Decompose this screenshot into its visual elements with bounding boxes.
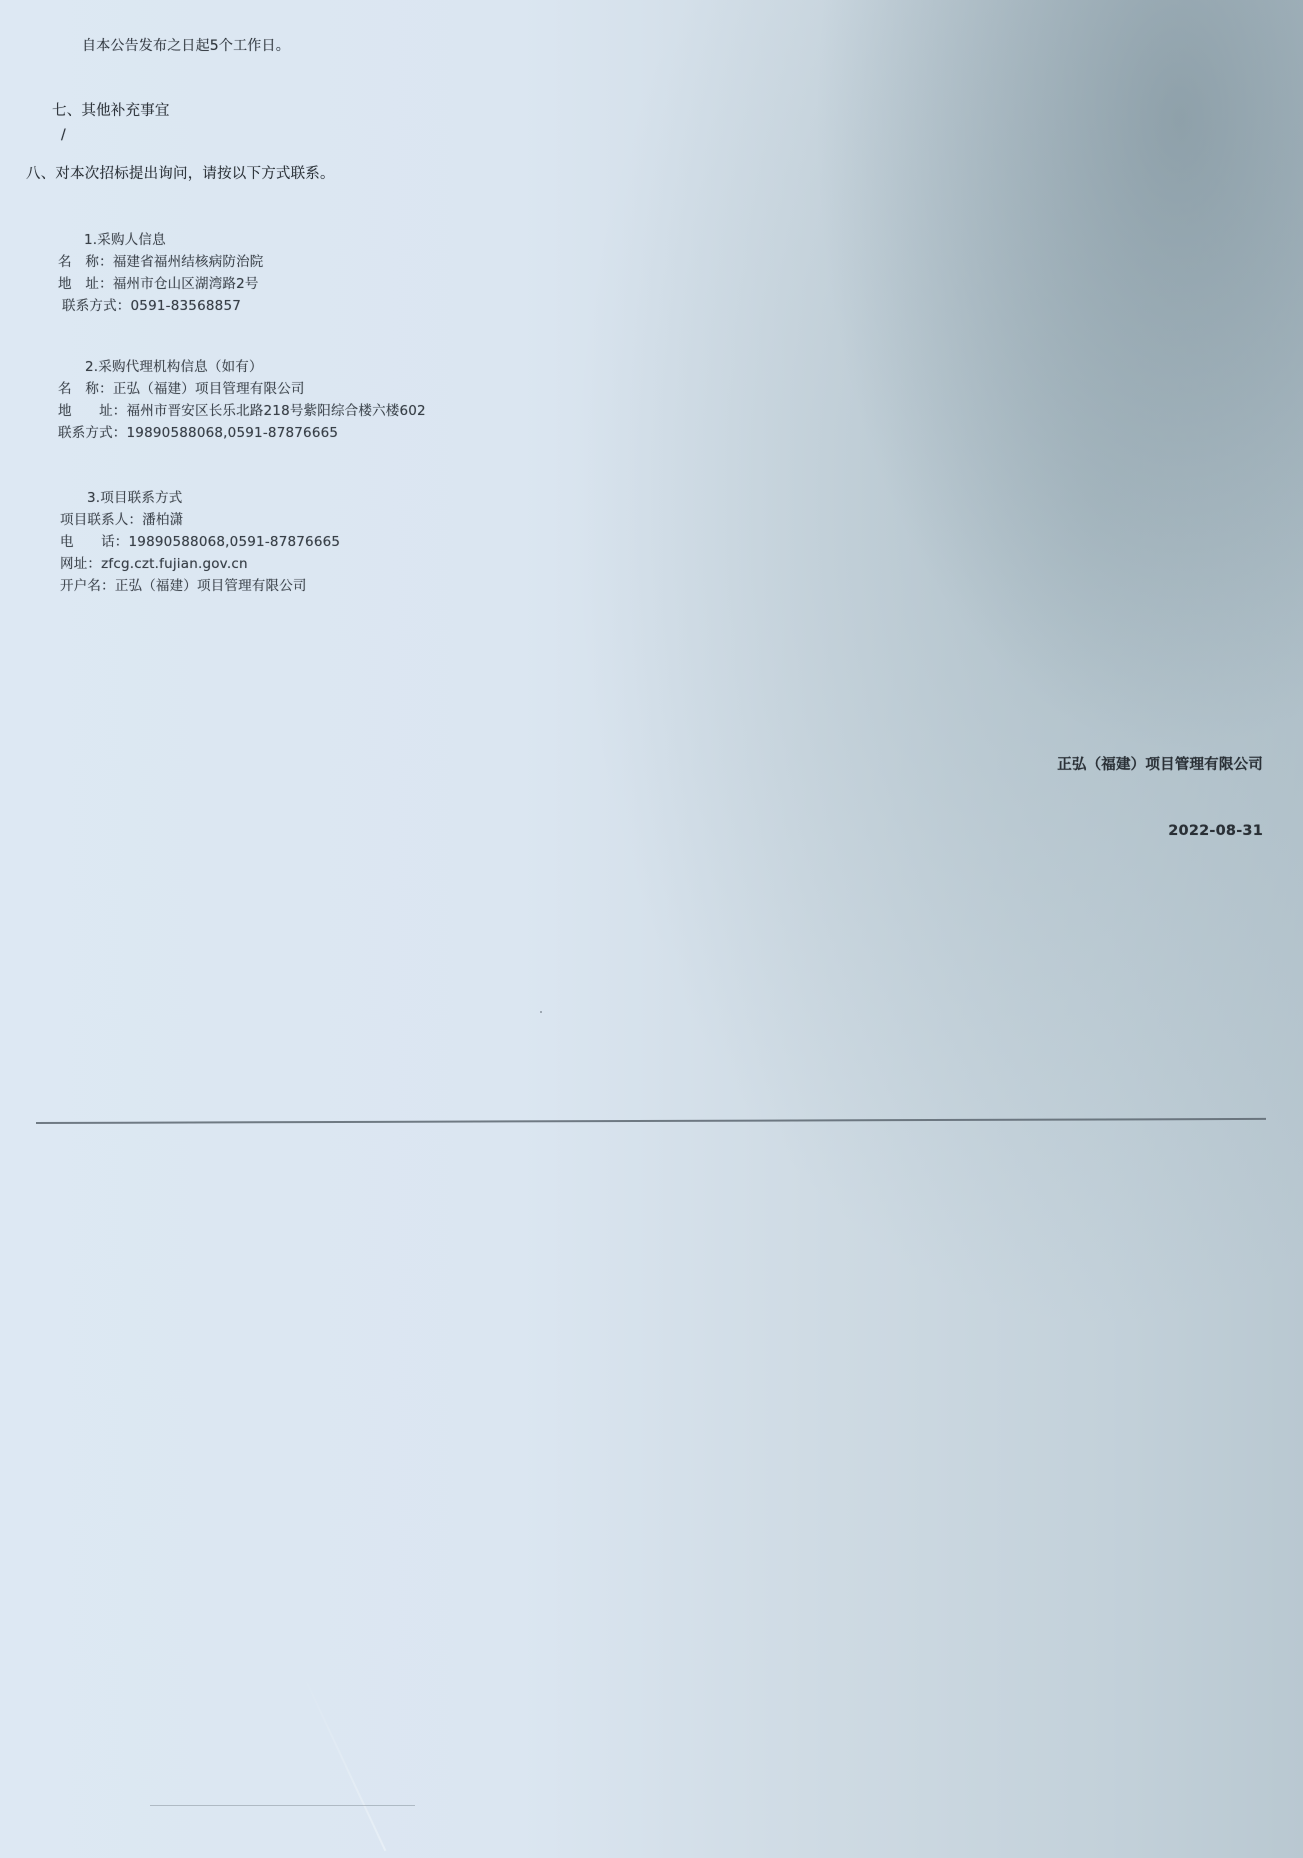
ink-speck [540,1011,542,1013]
agency-name-label: 名 称： [58,380,113,398]
section-7-content: / [61,126,66,144]
agency-contact-value: 19890588068,0591-87876665 [127,425,339,441]
agency-address-value: 福州市晋安区长乐北路218号紫阳综合楼六楼602 [127,403,426,419]
project-contact-person-label: 项目联系人： [60,511,142,529]
agency-title: 2.采购代理机构信息（如有） [85,358,263,376]
purchaser-name-value: 福建省福州结核病防治院 [113,254,264,270]
purchaser-address-value: 福州市仓山区湖湾路2号 [113,276,259,292]
project-contact-person: 项目联系人：潘柏潇 [60,511,183,529]
purchaser-name-label: 名 称： [58,253,113,271]
agency-contact-label: 联系方式： [58,424,127,442]
project-contact-phone-value: 19890588068,0591-87876665 [129,534,341,550]
agency-name: 名 称：正弘（福建）项目管理有限公司 [58,380,305,398]
agency-address: 地 址：福州市晋安区长乐北路218号紫阳综合楼六楼602 [58,402,426,420]
project-contact-phone-label: 电 话： [60,533,129,551]
purchaser-address-label: 地 址： [58,275,113,293]
project-contact-website: 网址：zfcg.czt.fujian.gov.cn [60,555,248,573]
purchaser-title: 1.采购人信息 [84,231,166,249]
project-contact-account-label: 开户名： [60,577,115,595]
intro-line: 自本公告发布之日起5个工作日。 [82,37,290,55]
project-contact-person-value: 潘柏潇 [142,512,183,528]
project-contact-phone: 电 话：19890588068,0591-87876665 [60,533,340,551]
purchaser-contact-label: 联系方式： [62,297,131,315]
paper-fold [300,1669,386,1851]
section-8-heading: 八、对本次招标提出询问，请按以下方式联系。 [26,165,335,183]
project-contact-title: 3.项目联系方式 [87,489,182,507]
purchaser-contact: 联系方式：0591-83568857 [62,297,241,315]
project-contact-website-value: zfcg.czt.fujian.gov.cn [101,556,248,572]
section-7-heading: 七、其他补充事宜 [52,102,170,120]
purchaser-address: 地 址：福州市仓山区湖湾路2号 [58,275,259,293]
signature-date: 2022-08-31 [1168,822,1263,840]
project-contact-account-value: 正弘（福建）项目管理有限公司 [115,578,307,594]
signature-company: 正弘（福建）项目管理有限公司 [1057,756,1263,774]
agency-address-label: 地 址： [58,402,127,420]
project-contact-account: 开户名：正弘（福建）项目管理有限公司 [60,577,307,595]
agency-contact: 联系方式：19890588068,0591-87876665 [58,424,338,442]
project-contact-website-label: 网址： [60,555,101,573]
agency-name-value: 正弘（福建）项目管理有限公司 [113,381,305,397]
faint-pencil-mark [150,1805,415,1806]
horizontal-divider [36,1118,1266,1124]
document-page: 自本公告发布之日起5个工作日。 七、其他补充事宜 / 八、对本次招标提出询问，请… [0,0,1303,1858]
purchaser-name: 名 称：福建省福州结核病防治院 [58,253,264,271]
purchaser-contact-value: 0591-83568857 [131,298,242,314]
